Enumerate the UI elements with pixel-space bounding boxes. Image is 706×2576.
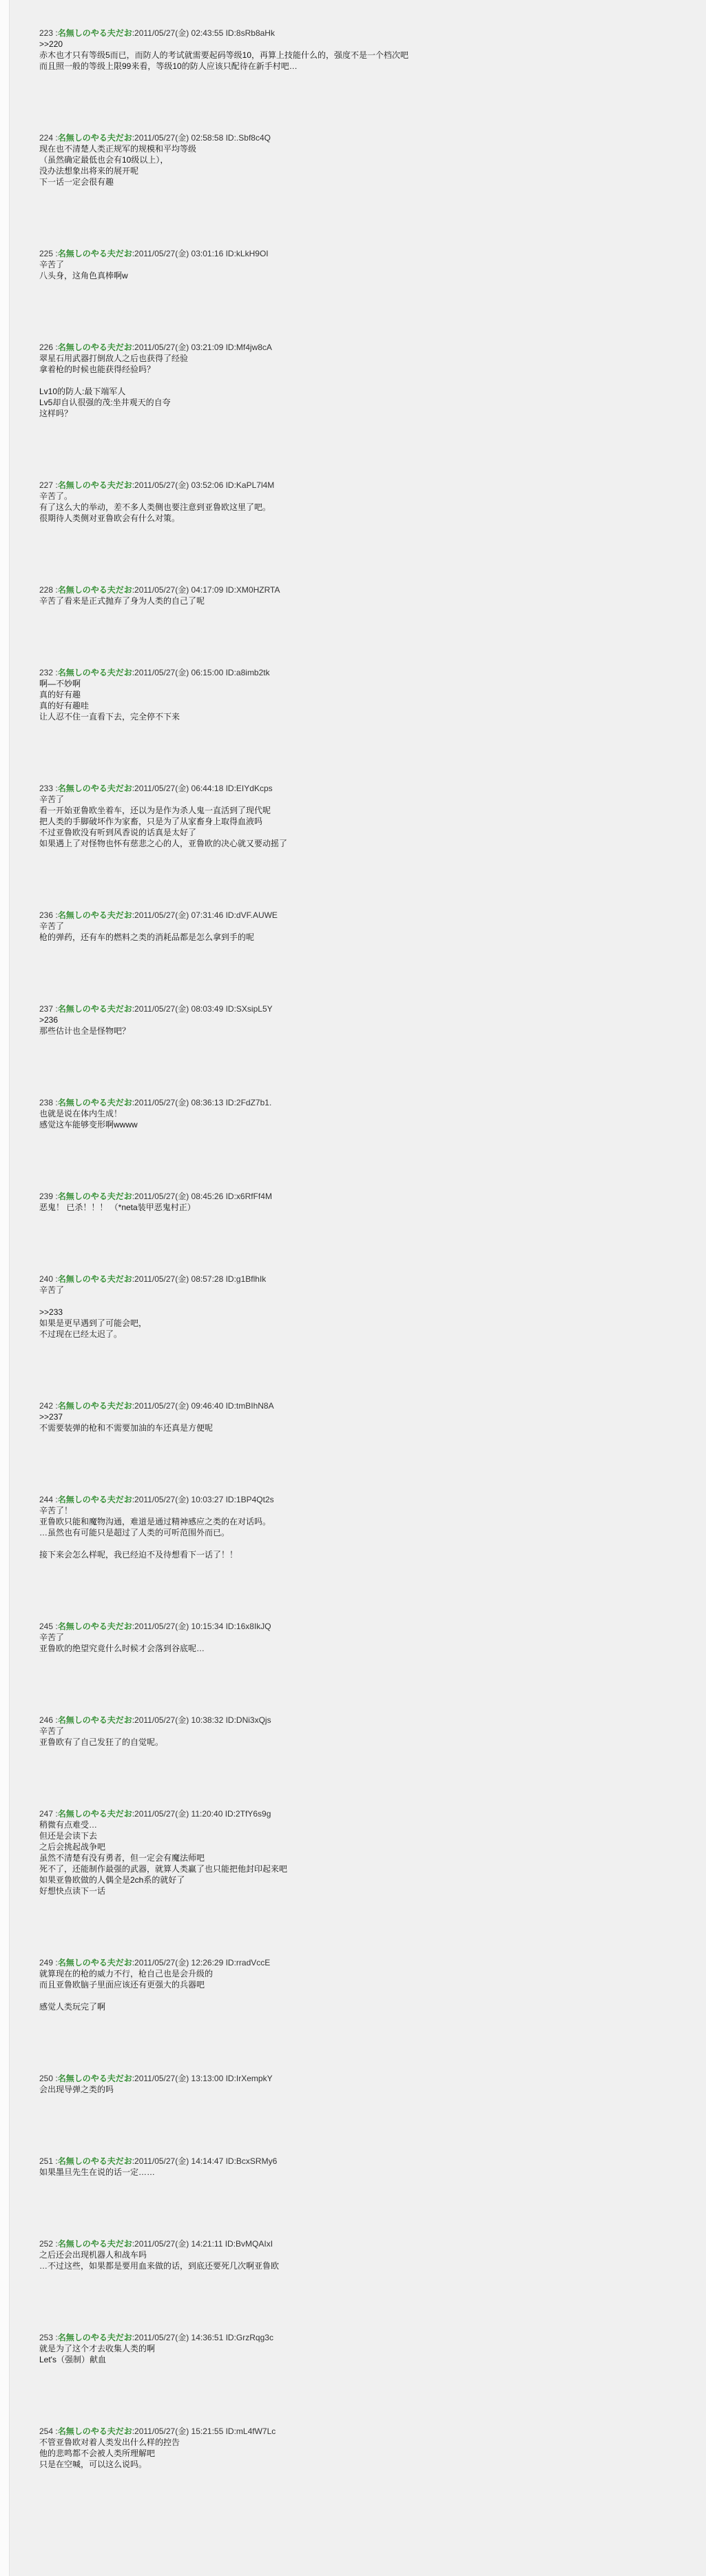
post-line: 死不了，还能制作最强的武器，就算人类赢了也只能把他封印起来吧: [39, 1863, 678, 1874]
post-line: 就算现在的枪的威力不行，枪自己也是会升级的: [39, 1968, 678, 1979]
post: 223 :名無しのやる夫だお:2011/05/27(金) 02:43:55 ID…: [39, 28, 678, 72]
post: 239 :名無しのやる夫だお:2011/05/27(金) 08:45:26 ID…: [39, 1191, 678, 1213]
post: 247 :名無しのやる夫だお:2011/05/27(金) 11:20:40 ID…: [39, 1808, 678, 1897]
post-datetime-id: :2011/05/27(金) 06:15:00 ID:a8imb2tk: [132, 668, 270, 677]
post-number: 245 :: [39, 1622, 58, 1631]
post: 240 :名無しのやる夫だお:2011/05/27(金) 08:57:28 ID…: [39, 1274, 678, 1340]
post-line: 辛苦了: [39, 794, 678, 805]
post-number: 252 :: [39, 2239, 58, 2249]
post-header: 228 :名無しのやる夫だお:2011/05/27(金) 04:17:09 ID…: [39, 584, 678, 595]
post: 254 :名無しのやる夫だお:2011/05/27(金) 15:21:55 ID…: [39, 2426, 678, 2470]
post-header: 247 :名無しのやる夫だお:2011/05/27(金) 11:20:40 ID…: [39, 1808, 678, 1819]
post-datetime-id: :2011/05/27(金) 14:36:51 ID:GrzRqg3c: [132, 2333, 273, 2342]
post-line: 下一话一定会很有趣: [39, 176, 678, 187]
post-header: 253 :名無しのやる夫だお:2011/05/27(金) 14:36:51 ID…: [39, 2332, 678, 2343]
post-author: 名無しのやる夫だお: [58, 480, 132, 490]
post-line: 会出现导弹之类的吗: [39, 2084, 678, 2095]
post-body: 辛苦了！亚鲁欧只能和魔物沟通，难道是通过精神感应之类的在对话吗。…虽然也有可能只…: [39, 1505, 678, 1560]
post-body: 之后还会出现机器人和战车吗…不过这些，如果都是要用血来做的话，到底还要死几次啊亚…: [39, 2249, 678, 2271]
post-header: 233 :名無しのやる夫だお:2011/05/27(金) 06:44:18 ID…: [39, 783, 678, 794]
post-line: 这样吗？: [39, 408, 678, 419]
post-number: 254 :: [39, 2426, 58, 2436]
post-body: 不管亚鲁欧对着人类发出什么样的控告他的悲鸣都不会被人类所理解吧只是在空喊，可以这…: [39, 2437, 678, 2470]
post: 242 :名無しのやる夫だお:2011/05/27(金) 09:46:40 ID…: [39, 1400, 678, 1433]
post-datetime-id: :2011/05/27(金) 11:20:40 ID:2TfY6s9g: [132, 1809, 271, 1819]
post: 244 :名無しのやる夫だお:2011/05/27(金) 10:03:27 ID…: [39, 1494, 678, 1560]
post-line: 把人类的手脚破坏作为家畜，只是为了从家畜身上取得血液吗: [39, 816, 678, 827]
post-line: Lv5却自认很强的茂:坐井观天的自夸: [39, 397, 678, 408]
post-line: 真的好有趣: [39, 689, 678, 700]
post-line: 他的悲鸣都不会被人类所理解吧: [39, 2448, 678, 2459]
post-body: 辛苦了看来是正式抛弃了身为人类的自己了呢: [39, 595, 678, 606]
post: 249 :名無しのやる夫だお:2011/05/27(金) 12:26:29 ID…: [39, 1957, 678, 2012]
post-datetime-id: :2011/05/27(金) 09:46:40 ID:tmBIhN8A: [132, 1401, 274, 1411]
post-number: 232 :: [39, 668, 58, 677]
post: 238 :名無しのやる夫だお:2011/05/27(金) 08:36:13 ID…: [39, 1097, 678, 1130]
post: 251 :名無しのやる夫だお:2011/05/27(金) 14:14:47 ID…: [39, 2156, 678, 2178]
post-author: 名無しのやる夫だお: [58, 1004, 132, 1014]
post-number: 246 :: [39, 1715, 58, 1725]
post-datetime-id: :2011/05/27(金) 08:57:28 ID:g1BflhIk: [132, 1274, 267, 1284]
anchor-reference: >>220: [39, 39, 678, 50]
post-datetime-id: :2011/05/27(金) 03:21:09 ID:Mf4jw8cA: [132, 343, 272, 352]
post-line: 之后还会出现机器人和战车吗: [39, 2249, 678, 2260]
post-header: 225 :名無しのやる夫だお:2011/05/27(金) 03:01:16 ID…: [39, 248, 678, 259]
post-body: 就是为了这个才去收集人类的啊Let's（强制）献血: [39, 2343, 678, 2365]
post-datetime-id: :2011/05/27(金) 02:58:58 ID:.Sbf8c4Q: [132, 133, 271, 143]
post-author: 名無しのやる夫だお: [58, 133, 132, 143]
post-header: 250 :名無しのやる夫だお:2011/05/27(金) 13:13:00 ID…: [39, 2073, 678, 2084]
post: 253 :名無しのやる夫だお:2011/05/27(金) 14:36:51 ID…: [39, 2332, 678, 2365]
post-body: 稍微有点难受…但还是会读下去之后会挑起战争吧虽然不清楚有没有勇者，但一定会有魔法…: [39, 1819, 678, 1897]
post-line: [39, 1296, 678, 1307]
post-line: 辛苦了: [39, 1632, 678, 1643]
post-header: 239 :名無しのやる夫だお:2011/05/27(金) 08:45:26 ID…: [39, 1191, 678, 1202]
post-number: 237 :: [39, 1004, 58, 1014]
post-line: 辛苦了！: [39, 1505, 678, 1516]
post-line: …不过这些，如果都是要用血来做的话，到底还要死几次啊亚鲁欧: [39, 2260, 678, 2271]
post-line: 好想快点读下一话: [39, 1885, 678, 1897]
post: 232 :名無しのやる夫だお:2011/05/27(金) 06:15:00 ID…: [39, 667, 678, 722]
post-line: 现在也不清楚人类正规军的规模和平均等级: [39, 143, 678, 154]
post-header: 227 :名無しのやる夫だお:2011/05/27(金) 03:52:06 ID…: [39, 480, 678, 491]
post-line: 亚鲁欧只能和魔物沟通，难道是通过精神感应之类的在对话吗。: [39, 1516, 678, 1527]
post-body: 啊—不妙啊真的好有趣真的好有趣哇让人忍不住一直看下去，完全停不下来: [39, 678, 678, 722]
post-body: 恶鬼！ 已杀！！！ （*neta装甲恶鬼村正）: [39, 1202, 678, 1213]
post-line: 就是为了这个才去收集人类的啊: [39, 2343, 678, 2354]
post-header: 242 :名無しのやる夫だお:2011/05/27(金) 09:46:40 ID…: [39, 1400, 678, 1411]
post-number: 227 :: [39, 480, 58, 490]
post: 250 :名無しのやる夫だお:2011/05/27(金) 13:13:00 ID…: [39, 2073, 678, 2095]
post-number: 253 :: [39, 2333, 58, 2342]
post-body: >236那些估计也全是怪物吧？: [39, 1014, 678, 1036]
post-author: 名無しのやる夫だお: [58, 1098, 132, 1107]
post: 252 :名無しのやる夫だお:2011/05/27(金) 14:21:11 ID…: [39, 2238, 678, 2271]
post-number: 250 :: [39, 2074, 58, 2083]
post-body: 辛苦了。有了这么大的举动，差不多人类侧也要注意到亚鲁欧这里了吧。很期待人类侧对亚…: [39, 491, 678, 524]
post-author: 名無しのやる夫だお: [58, 2239, 132, 2249]
post-header: 236 :名無しのやる夫だお:2011/05/27(金) 07:31:46 ID…: [39, 910, 678, 921]
post-datetime-id: :2011/05/27(金) 08:45:26 ID:x6RfFf4M: [132, 1192, 272, 1201]
post-header: 252 :名無しのやる夫だお:2011/05/27(金) 14:21:11 ID…: [39, 2238, 678, 2249]
post-line: 不管亚鲁欧对着人类发出什么样的控告: [39, 2437, 678, 2448]
post-line: 如果遇上了对怪物也怀有慈悲之心的人，亚鲁欧的决心就又要动摇了: [39, 838, 678, 849]
post-line: 拿着枪的时候也能获得经验吗？: [39, 364, 678, 375]
post-datetime-id: :2011/05/27(金) 14:21:11 ID:BvMQAIxI: [132, 2239, 273, 2249]
post-line: 很期待人类侧对亚鲁欧会有什么对策。: [39, 513, 678, 524]
post-header: 224 :名無しのやる夫だお:2011/05/27(金) 02:58:58 ID…: [39, 132, 678, 143]
post: 236 :名無しのやる夫だお:2011/05/27(金) 07:31:46 ID…: [39, 910, 678, 943]
anchor-reference: >>237: [39, 1411, 678, 1422]
post-line: 感觉这车能够变形啊wwww: [39, 1119, 678, 1130]
post-line: 枪的弹药，还有车的燃料之类的消耗品都是怎么拿到手的呢: [39, 932, 678, 943]
post-line: 辛苦了: [39, 921, 678, 932]
post-datetime-id: :2011/05/27(金) 08:36:13 ID:2FdZ7b1.: [132, 1098, 272, 1107]
post: 246 :名無しのやる夫だお:2011/05/27(金) 10:38:32 ID…: [39, 1715, 678, 1748]
post-datetime-id: :2011/05/27(金) 02:43:55 ID:8sRb8aHk: [132, 28, 275, 38]
post-line: 如果亚鲁欧做的人偶全是2ch系的就好了: [39, 1874, 678, 1885]
post: 226 :名無しのやる夫だお:2011/05/27(金) 03:21:09 ID…: [39, 342, 678, 419]
post-number: 247 :: [39, 1809, 58, 1819]
post-datetime-id: :2011/05/27(金) 15:21:55 ID:mL4fW7Lc: [132, 2426, 276, 2436]
post-author: 名無しのやる夫だお: [58, 585, 132, 595]
post-number: 238 :: [39, 1098, 58, 1107]
post-line: 虽然不清楚有没有勇者，但一定会有魔法师吧: [39, 1852, 678, 1863]
post-header: 251 :名無しのやる夫だお:2011/05/27(金) 14:14:47 ID…: [39, 2156, 678, 2167]
post-author: 名無しのやる夫だお: [58, 1958, 132, 1967]
post-datetime-id: :2011/05/27(金) 10:15:34 ID:16x8IkJQ: [132, 1622, 271, 1631]
post-number: 239 :: [39, 1192, 58, 1201]
post-number: 228 :: [39, 585, 58, 595]
post-number: 249 :: [39, 1958, 58, 1967]
post-author: 名無しのやる夫だお: [58, 1809, 132, 1819]
post-body: >>237不需要装弹的枪和不需要加油的车还真是方便呢: [39, 1411, 678, 1433]
post-header: 246 :名無しのやる夫だお:2011/05/27(金) 10:38:32 ID…: [39, 1715, 678, 1726]
post-header: 226 :名無しのやる夫だお:2011/05/27(金) 03:21:09 ID…: [39, 342, 678, 353]
post-body: 就算现在的枪的威力不行，枪自己也是会升级的而且亚鲁欧脑子里面应该还有更强大的兵器…: [39, 1968, 678, 2012]
post-body: 辛苦了看一开始亚鲁欧坐着车，还以为是作为杀人鬼一直活到了现代呢把人类的手脚破坏作…: [39, 794, 678, 849]
post-line: 那些估计也全是怪物吧？: [39, 1025, 678, 1036]
post-line: [39, 1990, 678, 2001]
post: 233 :名無しのやる夫だお:2011/05/27(金) 06:44:18 ID…: [39, 783, 678, 849]
post-header: 254 :名無しのやる夫だお:2011/05/27(金) 15:21:55 ID…: [39, 2426, 678, 2437]
post-header: 240 :名無しのやる夫だお:2011/05/27(金) 08:57:28 ID…: [39, 1274, 678, 1285]
post-line: 亚鲁欧有了自己发狂了的自觉呢。: [39, 1737, 678, 1748]
post-header: 237 :名無しのやる夫だお:2011/05/27(金) 08:03:49 ID…: [39, 1003, 678, 1014]
post: 237 :名無しのやる夫だお:2011/05/27(金) 08:03:49 ID…: [39, 1003, 678, 1036]
post: 224 :名無しのやる夫だお:2011/05/27(金) 02:58:58 ID…: [39, 132, 678, 187]
post-number: 242 :: [39, 1401, 58, 1411]
post-body: >>220赤木也才只有等级5而已，而防人的考试就需要起码等级10，再算上技能什么…: [39, 39, 678, 72]
post-datetime-id: :2011/05/27(金) 10:03:27 ID:1BP4Qt2s: [132, 1495, 274, 1504]
post-datetime-id: :2011/05/27(金) 07:31:46 ID:dVF.AUWE: [132, 910, 278, 920]
post-header: 244 :名無しのやる夫だお:2011/05/27(金) 10:03:27 ID…: [39, 1494, 678, 1505]
post-datetime-id: :2011/05/27(金) 03:52:06 ID:KaPL7l4M: [132, 480, 275, 490]
post-line: …虽然也有可能只是超过了人类的可听范围外而已。: [39, 1527, 678, 1538]
post-datetime-id: :2011/05/27(金) 13:13:00 ID:IrXempkY: [132, 2074, 273, 2083]
post-datetime-id: :2011/05/27(金) 14:14:47 ID:BcxSRMy6: [132, 2156, 278, 2166]
post-line: 真的好有趣哇: [39, 700, 678, 711]
post-line: 辛苦了: [39, 259, 678, 270]
post-body: 辛苦了枪的弹药，还有车的燃料之类的消耗品都是怎么拿到手的呢: [39, 921, 678, 943]
post-line: 辛苦了。: [39, 491, 678, 502]
thread-post-list: 223 :名無しのやる夫だお:2011/05/27(金) 02:43:55 ID…: [0, 0, 706, 2572]
post-number: 236 :: [39, 910, 58, 920]
post-body: 辛苦了亚鲁欧的绝望究竟什么时候才会落到谷底呢…: [39, 1632, 678, 1654]
post-author: 名無しのやる夫だお: [58, 1192, 132, 1201]
post: 225 :名無しのやる夫だお:2011/05/27(金) 03:01:16 ID…: [39, 248, 678, 281]
post-line: 八头身，这角色真棒啊w: [39, 270, 678, 281]
post-author: 名無しのやる夫だお: [58, 784, 132, 793]
post-line: 之后会挑起战争吧: [39, 1841, 678, 1852]
post-datetime-id: :2011/05/27(金) 08:03:49 ID:SXsipL5Y: [132, 1004, 273, 1014]
post-line: Let's（强制）献血: [39, 2354, 678, 2365]
post-datetime-id: :2011/05/27(金) 12:26:29 ID:rradVccE: [132, 1958, 271, 1967]
post-header: 223 :名無しのやる夫だお:2011/05/27(金) 02:43:55 ID…: [39, 28, 678, 39]
post-author: 名無しのやる夫だお: [58, 2426, 132, 2436]
post-line: 而且亚鲁欧脑子里面应该还有更强大的兵器吧: [39, 1979, 678, 1990]
post: 228 :名無しのやる夫だお:2011/05/27(金) 04:17:09 ID…: [39, 584, 678, 606]
post-line: 辛苦了: [39, 1285, 678, 1296]
post-header: 238 :名無しのやる夫だお:2011/05/27(金) 08:36:13 ID…: [39, 1097, 678, 1108]
post-line: 如果墨旦先生在说的话一定……: [39, 2167, 678, 2178]
post-body: 辛苦了亚鲁欧有了自己发狂了的自觉呢。: [39, 1726, 678, 1748]
post-number: 225 :: [39, 249, 58, 258]
post-line: 翠星石用武器打倒敌人之后也获得了经验: [39, 353, 678, 364]
post-line: 而且照一般的等级上限99来看，等级10的防人应该只配待在新手村吧…: [39, 61, 678, 72]
post-body: 会出现导弹之类的吗: [39, 2084, 678, 2095]
post-author: 名無しのやる夫だお: [58, 1622, 132, 1631]
post-number: 244 :: [39, 1495, 58, 1504]
post-body: 辛苦了 >>233如果是更早遇到了可能会吧，不过现在已经太迟了。: [39, 1285, 678, 1340]
post-body: 辛苦了八头身，这角色真棒啊w: [39, 259, 678, 281]
post-line: 辛苦了: [39, 1726, 678, 1737]
post-author: 名無しのやる夫だお: [58, 343, 132, 352]
post-number: 233 :: [39, 784, 58, 793]
post-header: 232 :名無しのやる夫だお:2011/05/27(金) 06:15:00 ID…: [39, 667, 678, 678]
post-line: 让人忍不住一直看下去，完全停不下来: [39, 711, 678, 722]
post-header: 249 :名無しのやる夫だお:2011/05/27(金) 12:26:29 ID…: [39, 1957, 678, 1968]
post-line: 不过现在已经太迟了。: [39, 1329, 678, 1340]
post-author: 名無しのやる夫だお: [58, 2156, 132, 2166]
post-line: 恶鬼！ 已杀！！！ （*neta装甲恶鬼村正）: [39, 1202, 678, 1213]
post-author: 名無しのやる夫だお: [58, 249, 132, 258]
post-body: 现在也不清楚人类正规军的规模和平均等级（虽然确定最低也会有10级以上），没办法想…: [39, 143, 678, 187]
post-line: 亚鲁欧的绝望究竟什么时候才会落到谷底呢…: [39, 1643, 678, 1654]
post-body: 如果墨旦先生在说的话一定……: [39, 2167, 678, 2178]
post-line: 也就是说在体内生成！: [39, 1108, 678, 1119]
post-number: 240 :: [39, 1274, 58, 1284]
post-body: 翠星石用武器打倒敌人之后也获得了经验拿着枪的时候也能获得经验吗？ Lv10的防人…: [39, 353, 678, 419]
post-line: 感觉人类玩完了啊: [39, 2001, 678, 2012]
post-line: 但还是会读下去: [39, 1830, 678, 1841]
post-author: 名無しのやる夫だお: [58, 1401, 132, 1411]
post-author: 名無しのやる夫だお: [58, 2333, 132, 2342]
post-author: 名無しのやる夫だお: [58, 2074, 132, 2083]
post-line: 不过亚鲁欧没有听到风香说的话真是太好了: [39, 827, 678, 838]
page-left-gutter: [0, 0, 10, 2576]
post-author: 名無しのやる夫だお: [58, 668, 132, 677]
post-number: 223 :: [39, 28, 58, 38]
post-line: 如果是更早遇到了可能会吧，: [39, 1318, 678, 1329]
post-line: 稍微有点难受…: [39, 1819, 678, 1830]
post-number: 251 :: [39, 2156, 58, 2166]
post-body: 也就是说在体内生成！感觉这车能够变形啊wwww: [39, 1108, 678, 1130]
post-author: 名無しのやる夫だお: [58, 28, 132, 38]
post-number: 226 :: [39, 343, 58, 352]
post-line: [39, 375, 678, 386]
post-line: [39, 1538, 678, 1549]
post-datetime-id: :2011/05/27(金) 04:17:09 ID:XM0HZRTA: [132, 585, 280, 595]
post-author: 名無しのやる夫だお: [58, 910, 132, 920]
post-author: 名無しのやる夫だお: [58, 1495, 132, 1504]
post-line: 看一开始亚鲁欧坐着车，还以为是作为杀人鬼一直活到了现代呢: [39, 805, 678, 816]
post-number: 224 :: [39, 133, 58, 143]
post-line: 没办法想象出将来的展开呢: [39, 165, 678, 176]
post-datetime-id: :2011/05/27(金) 03:01:16 ID:kLkH9OI: [132, 249, 269, 258]
anchor-reference: >>233: [39, 1307, 678, 1318]
anchor-reference: >236: [39, 1014, 678, 1025]
post-line: 赤木也才只有等级5而已，而防人的考试就需要起码等级10，再算上技能什么的，强度不…: [39, 50, 678, 61]
post: 245 :名無しのやる夫だお:2011/05/27(金) 10:15:34 ID…: [39, 1621, 678, 1654]
post-line: 接下来会怎么样呢，我已经迫不及待想看下一话了！！: [39, 1549, 678, 1560]
post-header: 245 :名無しのやる夫だお:2011/05/27(金) 10:15:34 ID…: [39, 1621, 678, 1632]
post-author: 名無しのやる夫だお: [58, 1715, 132, 1725]
post-line: 不需要装弹的枪和不需要加油的车还真是方便呢: [39, 1422, 678, 1433]
post-line: 只是在空喊，可以这么说吗。: [39, 2459, 678, 2470]
post-line: （虽然确定最低也会有10级以上），: [39, 154, 678, 165]
post-line: 啊—不妙啊: [39, 678, 678, 689]
post-datetime-id: :2011/05/27(金) 10:38:32 ID:DNi3xQjs: [132, 1715, 271, 1725]
post-author: 名無しのやる夫だお: [58, 1274, 132, 1284]
post-line: Lv10的防人:最下端军人: [39, 386, 678, 397]
post: 227 :名無しのやる夫だお:2011/05/27(金) 03:52:06 ID…: [39, 480, 678, 524]
post-line: 辛苦了看来是正式抛弃了身为人类的自己了呢: [39, 595, 678, 606]
post-line: 有了这么大的举动，差不多人类侧也要注意到亚鲁欧这里了吧。: [39, 502, 678, 513]
post-datetime-id: :2011/05/27(金) 06:44:18 ID:EIYdKcps: [132, 784, 273, 793]
